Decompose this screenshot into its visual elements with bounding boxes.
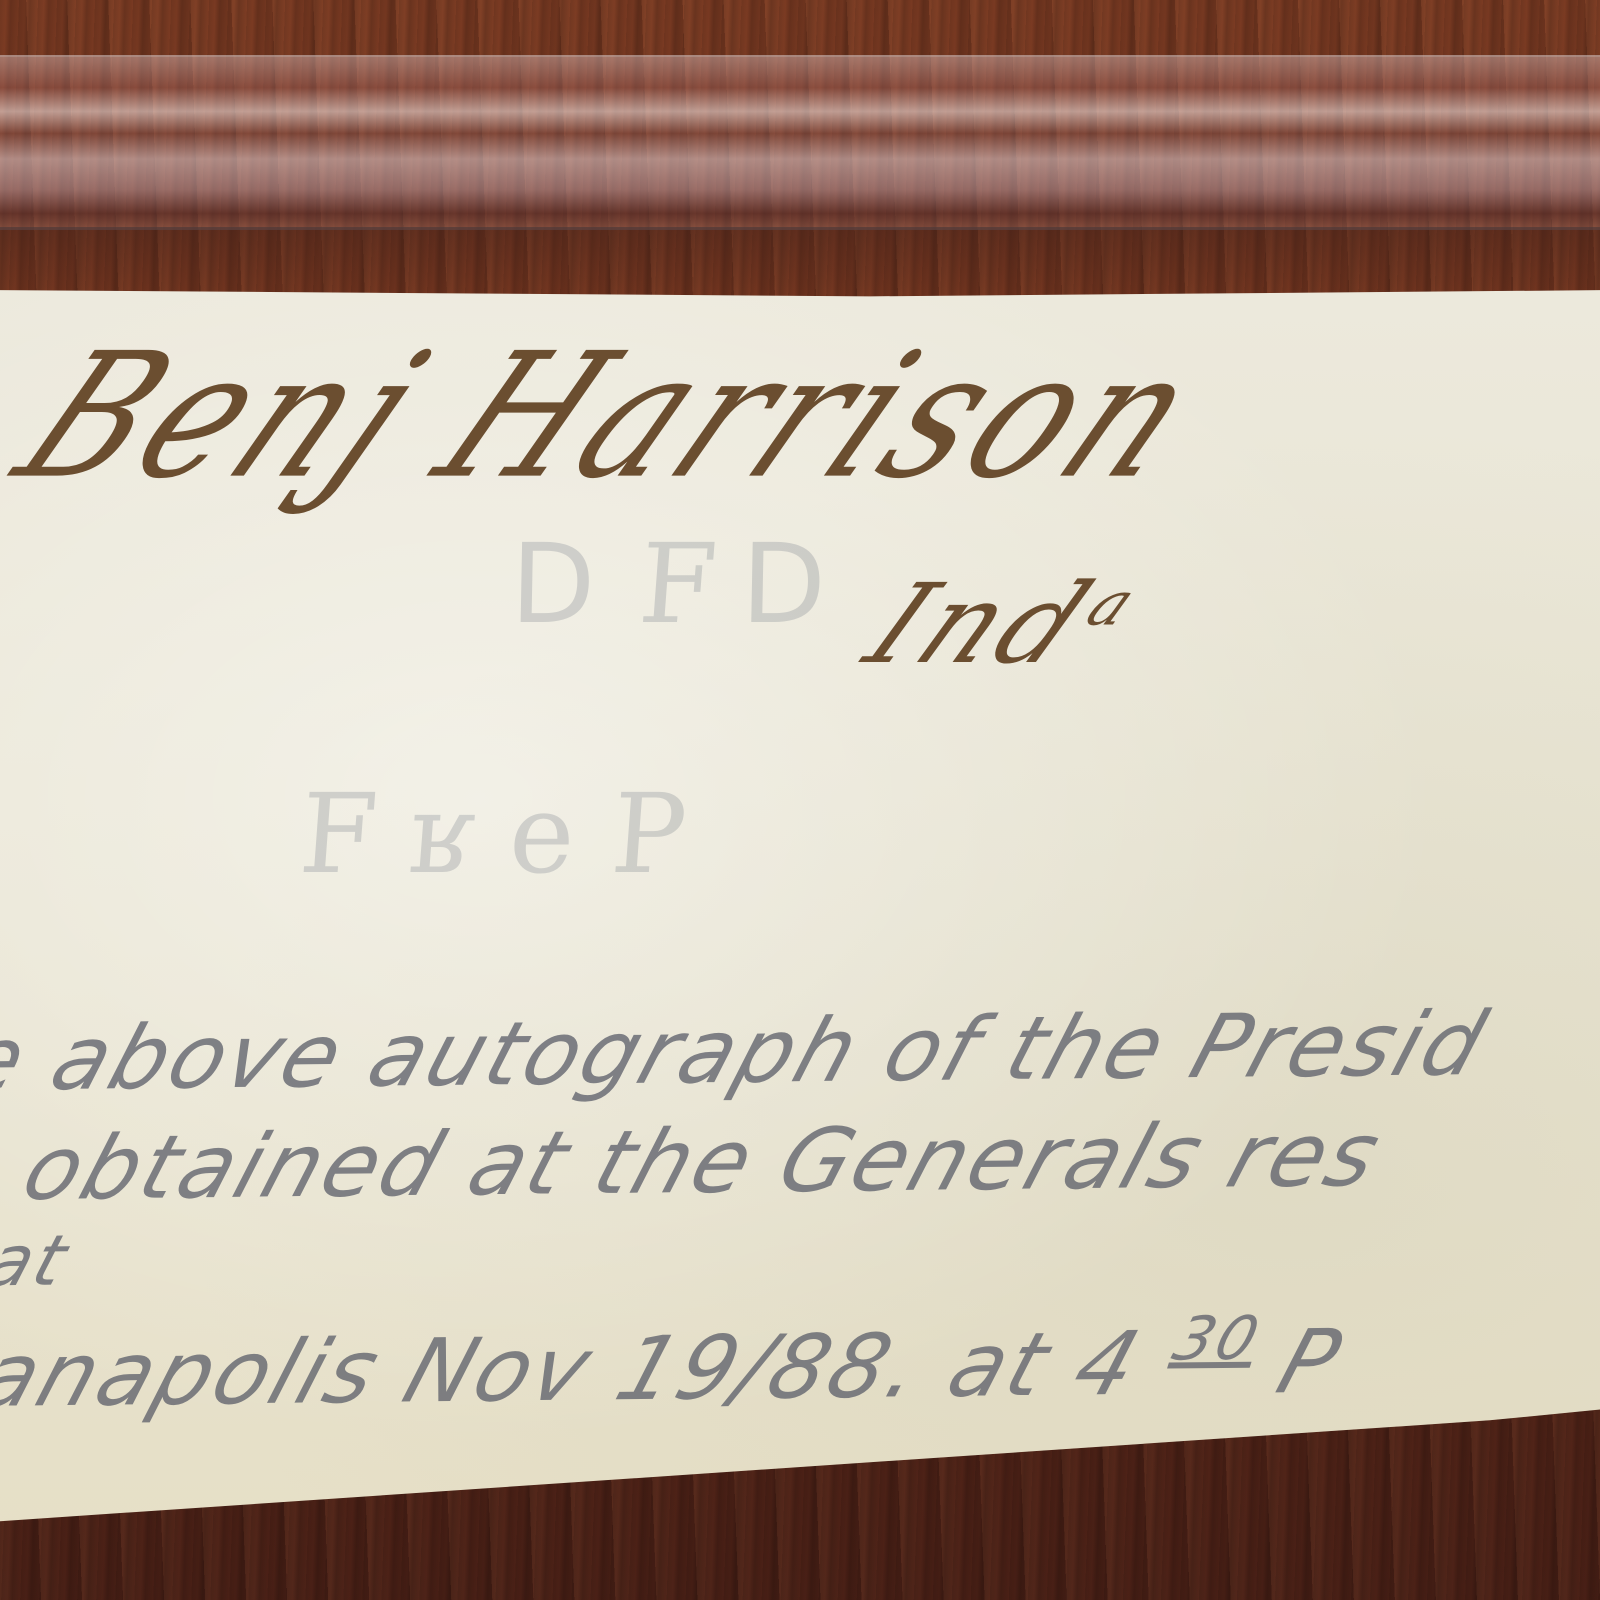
date-text: ianapolis Nov 19/88. at 4 [0, 1312, 1185, 1428]
pencil-note-line-2: obtained at the Generals res [12, 1103, 1395, 1220]
signature: Benj Harrison [0, 317, 1237, 517]
pencil-note-line-4: ianapolis Nov 19/88. at 4 30 P [0, 1303, 1357, 1427]
plastic-holder [0, 55, 1600, 230]
pencil-note-line-1: e above autograph of the Presid [0, 992, 1500, 1111]
bleed-through-text: ᗡ ꟻ ᗡ [503, 520, 852, 648]
holder-shadow [0, 230, 1600, 300]
bleed-through-text: ꟼ ɘ ᴚ ꟻ [283, 770, 703, 898]
